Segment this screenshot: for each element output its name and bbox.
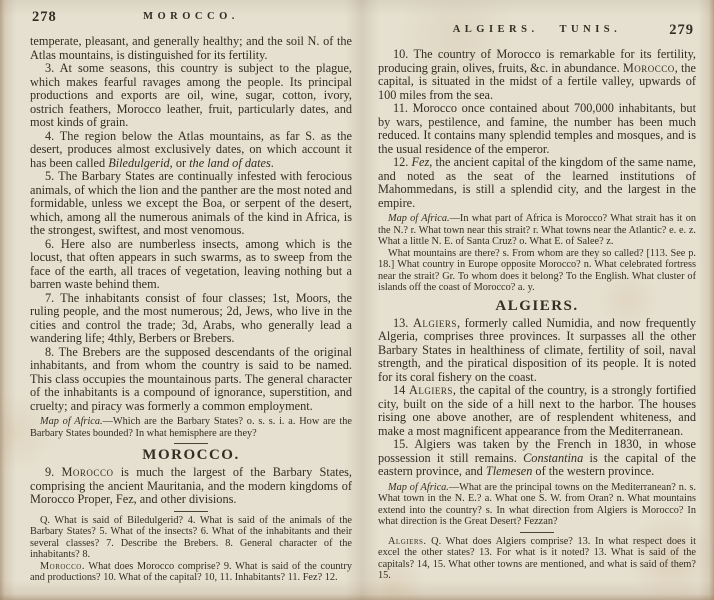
paragraph: 9. Morocco is much the largest of the Ba… bbox=[30, 466, 352, 507]
map-note: Map of Africa.—Which are the Barbary Sta… bbox=[30, 416, 352, 439]
running-title: MOROCCO. bbox=[30, 11, 352, 22]
footnote: Morocco. What does Morocco comprise? 9. … bbox=[30, 561, 352, 584]
map-note: Map of Africa.—What are the principal to… bbox=[378, 482, 696, 528]
separator-rule bbox=[174, 511, 208, 512]
map-note: Map of Africa.—In what part of Africa is… bbox=[378, 213, 696, 248]
footnote: Q. What is said of Biledulgerid? 4. What… bbox=[30, 515, 352, 561]
right-page-header: ALGIERS. TUNIS. 279 bbox=[378, 24, 696, 41]
separator-rule bbox=[520, 532, 554, 533]
left-page: 278 MOROCCO. temperate, pleasant, and ge… bbox=[30, 0, 352, 584]
page-number: 279 bbox=[669, 22, 694, 39]
paragraph: 5. The Barbary States are continually in… bbox=[30, 170, 352, 238]
paragraph: 3. At some seasons, this country is subj… bbox=[30, 62, 352, 130]
paragraph: temperate, pleasant, and generally healt… bbox=[30, 35, 352, 62]
right-page: ALGIERS. TUNIS. 279 10. The country of M… bbox=[378, 0, 696, 582]
paragraph: 7. The inhabitants consist of four class… bbox=[30, 292, 352, 346]
paragraph: 10. The country of Morocco is remarkable… bbox=[378, 48, 696, 102]
page-number: 278 bbox=[32, 9, 57, 26]
section-heading-algiers: ALGIERS. bbox=[378, 298, 696, 315]
separator-rule bbox=[174, 443, 208, 444]
left-page-header: 278 MOROCCO. bbox=[30, 11, 352, 28]
footnote: Algiers. Q. What does Algiers comprise? … bbox=[378, 536, 696, 582]
book-scan: 278 MOROCCO. temperate, pleasant, and ge… bbox=[0, 0, 714, 600]
map-note: What mountains are there? s. From whom a… bbox=[378, 248, 696, 294]
section-heading-morocco: MOROCCO. bbox=[30, 447, 352, 464]
paragraph: 8. The Brebers are the supposed descenda… bbox=[30, 346, 352, 414]
paragraph: 13. Algiers, formerly called Numidia, an… bbox=[378, 317, 696, 385]
paragraph: 14 Algiers, the capital of the country, … bbox=[378, 384, 696, 438]
paragraph: 12. Fez, the ancient capital of the king… bbox=[378, 156, 696, 210]
paragraph: 4. The region below the Atlas mountains,… bbox=[30, 130, 352, 171]
paragraph: 15. Algiers was taken by the French in 1… bbox=[378, 438, 696, 479]
running-title: ALGIERS. TUNIS. bbox=[378, 24, 696, 35]
paragraph: 11. Morocco once contained about 700,000… bbox=[378, 102, 696, 156]
paragraph: 6. Here also are numberless insects, amo… bbox=[30, 238, 352, 292]
